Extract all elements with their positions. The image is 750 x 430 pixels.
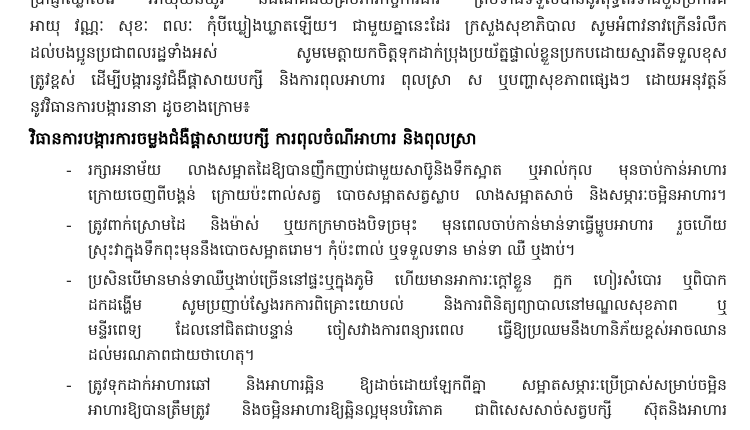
bullet-line: ត្រូវពាក់ស្រោមដៃ និងម៉ាស់ ឬយកក្រមាចងបិទច…: [88, 213, 727, 238]
bullet-item-sick-poultry: - ប្រសិនបើមានមាន់ទាឈឺឬងាប់ច្រើននៅផ្ទះឬក្…: [30, 268, 727, 368]
bullet-dash: -: [66, 213, 88, 263]
bullet-line: ត្រូវទុកដាក់អាហារឆៅ និងអាហារឆ្អិន ឱ្យដាច…: [88, 373, 727, 398]
intro-line: អាយុ វណ្ណៈ សុខៈ ពលៈ កុំបីឃ្លៀងឃ្លាតឡើយ។ …: [30, 12, 727, 39]
bullet-line: ដកដង្ហើម សូមប្រញាប់ស្វែងរកការពិគ្រោះយោបល…: [88, 293, 727, 318]
bullet-dash: -: [66, 158, 88, 208]
bullet-dash: -: [66, 268, 88, 368]
section-heading: វិធានការបង្ការការចម្លងជំងឺផ្ដាសាយបក្សី ក…: [30, 125, 727, 152]
scanned-document-page: ប្រាជ្ញាឈ្លាសវៃ អាយុយឺនយូរ នឹងជោគជ័យគ្រប…: [0, 0, 750, 430]
bullet-text: ប្រសិនបើមានមាន់ទាឈឺឬងាប់ច្រើននៅផ្ទះឬក្នុ…: [88, 268, 727, 368]
bullet-text: ត្រូវទុកដាក់អាហារឆៅ និងអាហារឆ្អិន ឱ្យដាច…: [88, 373, 727, 423]
bullet-line: ដល់មរណភាពជាយថាហេតុ។: [88, 343, 727, 368]
bullet-line: ប្រសិនបើមានមាន់ទាឈឺឬងាប់ច្រើននៅផ្ទះឬក្នុ…: [88, 268, 727, 293]
bullet-line: មន្ទីរពេទ្យ ដែលនៅជិតជាបន្ទាន់ ចៀសវាងការព…: [88, 318, 727, 343]
bullet-list: - រក្សាអនាម័យ លាងសម្អាតដៃឱ្យបានញឹកញាប់ជា…: [30, 158, 727, 423]
bullet-text: ត្រូវពាក់ស្រោមដៃ និងម៉ាស់ ឬយកក្រមាចងបិទច…: [88, 213, 727, 263]
bullet-line: រក្សាអនាម័យ លាងសម្អាតដៃឱ្យបានញឹកញាប់ជាមួ…: [88, 158, 727, 183]
bullet-item-gloves-mask: - ត្រូវពាក់ស្រោមដៃ និងម៉ាស់ ឬយកក្រមាចងបិ…: [30, 213, 727, 263]
bullet-text: រក្សាអនាម័យ លាងសម្អាតដៃឱ្យបានញឹកញាប់ជាមួ…: [88, 158, 727, 208]
bullet-line: ក្រោយចេញពីបង្គន់ ក្រោយប៉ះពាល់សត្វ បោចសម្…: [88, 183, 727, 208]
intro-line: នូវវិធានការបង្ការនានា ដូចខាងក្រោម៖: [30, 93, 727, 120]
intro-line: ត្រូវខ្ពស់ ដើម្បីបង្ការនូវជំងឺផ្តាសាយបក្…: [30, 66, 727, 93]
bullet-dash: -: [66, 373, 88, 423]
intro-line-clipped: ប្រាជ្ញាឈ្លាសវៃ អាយុយឺនយូរ នឹងជោគជ័យគ្រប…: [30, 0, 727, 12]
intro-line: ដល់បងប្អូនប្រជាពលរដ្ឋទាំងអស់ សូមមេត្តាយក…: [30, 39, 727, 66]
bullet-item-hygiene: - រក្សាអនាម័យ លាងសម្អាតដៃឱ្យបានញឹកញាប់ជា…: [30, 158, 727, 208]
bullet-line-clipped: អាហារឱ្យបានត្រឹមត្រូវ និងចម្អិនអាហារឱ្យឆ…: [88, 398, 727, 423]
bullet-line: ស្រុះវាក្នុងទឹកពុះមុននឹងបោចសម្អាតរោម។ កុ…: [88, 238, 727, 263]
bullet-item-food-separation: - ត្រូវទុកដាក់អាហារឆៅ និងអាហារឆ្អិន ឱ្យដ…: [30, 373, 727, 423]
intro-paragraph: ប្រាជ្ញាឈ្លាសវៃ អាយុយឺនយូរ នឹងជោគជ័យគ្រប…: [30, 0, 727, 120]
